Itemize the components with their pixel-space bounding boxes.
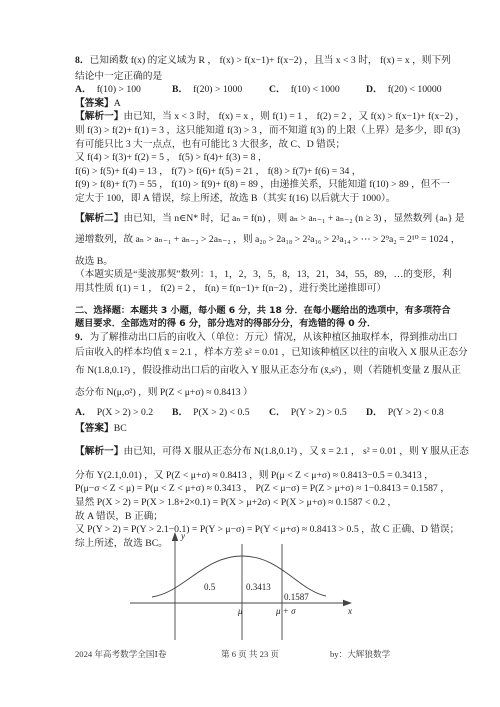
- analysis-tag: 【解析一】: [75, 446, 123, 457]
- area-label-left: 0.5: [204, 582, 216, 592]
- section-header-line-1: 二、选择题：本题共 3 小题，每小题 6 分，共 18 分．在每小题给出的选项中…: [75, 304, 427, 318]
- option-label: B．: [172, 407, 188, 418]
- option-text: P(Y > 2) < 0.8: [388, 407, 444, 418]
- footer-author: by：大辉狼数学: [330, 648, 390, 660]
- analysis-tag: 【解析一】: [75, 111, 123, 122]
- option-label: C．: [269, 84, 286, 95]
- line-q8-note-1: （本题实质是“斐波那契”数列：1，1，2，3，5，8，13，21，34，55，8…: [75, 268, 427, 282]
- line-q9-stem-2: 后亩收入的样本均值 x̄ = 2.1 ，样本方差 s² = 0.01 ，已知该种…: [75, 346, 427, 360]
- line-q9-stem-3: 布 N(1.8,0.1²) ，假设推动出口后的亩收入 Y 服从正态分布 (x̄,…: [75, 364, 427, 378]
- section-title: 二、选择题：: [75, 305, 130, 316]
- line-q8-analysis1-3: 有可能只比 3 大一点点，也有可能比 3 大很多，故 C、D 错误；: [75, 138, 427, 152]
- footer-page-number: 第 6 页 共 23 页: [0, 648, 500, 660]
- line-text: 后亩收入的样本均值 x̄ = 2.1 ，样本方差 s² = 0.01 ，已知该种…: [75, 347, 468, 358]
- option-text: f(10) > 100: [97, 84, 141, 95]
- line-q8-stem-2: 结论中一定正确的是: [75, 70, 427, 84]
- line-q9-analysis1-2: 分布 Y(2.1,0.01) ，又 P(Z < μ+σ) ≈ 0.8413 ，则…: [75, 469, 427, 483]
- line-q8-answer: 【答案】A: [75, 97, 427, 111]
- option-text: f(20) > 1000: [193, 84, 242, 95]
- option-label: A．: [75, 407, 92, 418]
- tick-label-mu: μ: [237, 606, 243, 616]
- line-q9-analysis1-1: 【解析一】由已知，可得 X 服从正态分布 N(1.8,0.1²) ，又 x̄ =…: [75, 445, 427, 459]
- line-q8-note-2: 用其性质 f(1) = 1 ， f(2) = 2 ， f(n) = f(n−1)…: [75, 282, 427, 296]
- q8-option-c: C．f(10) < 1000: [269, 83, 366, 97]
- answer-tag: 【答案】: [75, 423, 114, 434]
- line-q8-stem-1: 8．已知函数 f(x) 的定义域为 R ， f(x) > f(x−1)+ f(x…: [75, 54, 427, 68]
- tick-label-mu-plus-sigma: μ + σ: [275, 606, 296, 616]
- q8-options-row: A．f(10) > 100 B．f(20) > 1000 C．f(10) < 1…: [75, 83, 427, 97]
- option-label: A．: [75, 84, 92, 95]
- line-text: 已知函数 f(x) 的定义域为 R ， f(x) > f(x−1)+ f(x−2…: [90, 55, 451, 66]
- q9-option-c: C．P(Y > 2) > 0.5: [269, 406, 366, 420]
- line-text: P(μ−σ < Z < μ) = P(μ < Z < μ+σ) ≈ 0.3413…: [75, 483, 450, 494]
- bell-curve: [152, 556, 326, 597]
- x-axis-label: x: [347, 606, 352, 616]
- line-text: 布 N(1.8,0.1²) ，假设推动出口后的亩收入 Y 服从正态分布 (x̄,…: [75, 365, 461, 376]
- q9-option-b: B．P(X > 2) < 0.5: [172, 406, 269, 420]
- option-label: D．: [366, 84, 383, 95]
- line-q9-analysis1-5: 故 A 错误，B 正确；: [75, 510, 427, 524]
- line-text: 又 f(4) > f(3)+ f(2) = 5 ， f(5) > f(4)+ f…: [75, 152, 268, 163]
- line-text: 故选 B。: [75, 256, 113, 267]
- line-text: 递增数列，故 aₙ > aₙ₋₁ + aₙ₋₂ > 2aₙ₋₂ ，则 a₂₀ >…: [75, 234, 460, 245]
- line-q8-analysis1-4: 又 f(4) > f(3)+ f(2) = 5 ， f(5) > f(4)+ f…: [75, 151, 427, 165]
- area-label-mid: 0.3413: [246, 582, 271, 592]
- line-q9-analysis1-3: P(μ−σ < Z < μ) = P(μ < Z < μ+σ) ≈ 0.3413…: [75, 482, 427, 496]
- line-text: （本题实质是“斐波那契”数列：1，1，2，3，5，8，13，21，34，55，8…: [75, 269, 452, 280]
- answer-value: BC: [114, 423, 127, 434]
- answer-value: A: [114, 98, 121, 109]
- q8-option-b: B．f(20) > 1000: [172, 83, 269, 97]
- line-q8-analysis2-2: 递增数列，故 aₙ > aₙ₋₁ + aₙ₋₂ > 2aₙ₋₂ ，则 a₂₀ >…: [75, 233, 427, 247]
- line-q8-analysis1-5: f(6) > f(5)+ f(4) = 13 ， f(7) > f(6)+ f(…: [75, 165, 427, 179]
- line-text: 显然 P(X > 2) = P(X > 1.8+2×0.1) = P(X > μ…: [75, 497, 397, 508]
- line-q9-answer: 【答案】BC: [75, 422, 427, 436]
- normal-distribution-figure: y x 0.5 0.3413 0.1587 μ μ + σ: [126, 528, 366, 648]
- line-text: 由已知，当 x < 3 时， f(x) = x ，则 f(1) = 1 ， f(…: [123, 111, 465, 122]
- line-text: 结论中一定正确的是: [75, 71, 162, 82]
- q8-option-d: D．f(20) < 10000: [366, 83, 442, 97]
- line-q8-analysis1-7: 定大于 100，即 A 错误，综上所述，故选 B（其实 f(16) 以后就大于 …: [75, 192, 427, 206]
- section-header-line-2: 题目要求．全部选对的得 6 分，部分选对的得部分分，有选错的得 0 分．: [75, 317, 427, 331]
- line-q9-stem-4: 态分布 N(μ,σ²) ，则 P(Z < μ+σ) ≈ 0.8413 ）: [75, 386, 427, 400]
- line-text: 分布 Y(2.1,0.01) ，又 P(Z < μ+σ) ≈ 0.8413 ，则…: [75, 470, 434, 481]
- y-axis-label: y: [180, 531, 185, 541]
- line-text: f(6) > f(5)+ f(4) = 13 ， f(7) > f(6)+ f(…: [75, 166, 361, 177]
- q9-option-a: A．P(X > 2) > 0.2: [75, 406, 172, 420]
- line-text: 故 A 错误，B 正确；: [75, 511, 163, 522]
- document-page: 8．已知函数 f(x) 的定义域为 R ， f(x) > f(x−1)+ f(x…: [0, 0, 500, 707]
- option-text: P(X > 2) > 0.2: [97, 407, 153, 418]
- option-text: P(Y > 2) > 0.5: [291, 407, 347, 418]
- q8-option-a: A．f(10) > 100: [75, 83, 172, 97]
- line-text: 定大于 100，即 A 错误，综上所述，故选 B（其实 f(16) 以后就大于 …: [75, 193, 395, 204]
- q9-options-row: A．P(X > 2) > 0.2 B．P(X > 2) < 0.5 C．P(Y …: [75, 406, 427, 420]
- option-label: B．: [172, 84, 188, 95]
- line-q8-analysis1-6: f(9) > f(8)+ f(7) = 55 ， f(10) > f(9)+ f…: [75, 178, 427, 192]
- option-text: f(10) < 1000: [291, 84, 340, 95]
- area-label-right: 0.1587: [284, 592, 309, 602]
- line-q8-analysis2-3: 故选 B。: [75, 255, 427, 269]
- option-text: f(20) < 10000: [388, 84, 442, 95]
- line-text: f(9) > f(8)+ f(7) = 55 ， f(10) > f(9)+ f…: [75, 179, 450, 190]
- line-q8-analysis1-2: 则 f(3) > f(2)+ f(1) = 3 ，这只能知道 f(3) > 3 …: [75, 124, 427, 138]
- option-text: P(X > 2) < 0.5: [193, 407, 249, 418]
- question-9-number: 9．: [75, 332, 90, 343]
- y-axis-arrow-icon: [172, 532, 178, 541]
- line-text: 则 f(3) > f(2)+ f(1) = 3 ，这只能知道 f(3) > 3 …: [75, 125, 460, 136]
- exam-content: 8．已知函数 f(x) 的定义域为 R ， f(x) > f(x−1)+ f(x…: [75, 54, 427, 550]
- line-text: 由已知，可得 X 服从正态分布 N(1.8,0.1²) ，又 x̄ = 2.1 …: [123, 446, 468, 457]
- line-q9-analysis1-4: 显然 P(X > 2) = P(X > 1.8+2×0.1) = P(X > μ…: [75, 496, 427, 510]
- option-label: D．: [366, 407, 383, 418]
- page-footer: 2024 年高考数学全国Ⅰ卷 第 6 页 共 23 页 by：大辉狼数学: [0, 648, 500, 662]
- line-text: 用其性质 f(1) = 1 ， f(2) = 2 ， f(n) = f(n−1)…: [75, 283, 386, 294]
- section-text: 题目要求．全部选对的得 6 分，部分选对的得部分分，有选错的得 0 分．: [75, 318, 376, 329]
- analysis-tag: 【解析二】: [75, 213, 123, 224]
- line-q8-analysis1-1: 【解析一】由已知，当 x < 3 时， f(x) = x ，则 f(1) = 1…: [75, 110, 427, 124]
- line-q9-stem-1: 9．为了解推动出口后的亩收入（单位：万元）情况，从该种植区抽取样本，得到推动出口: [75, 331, 427, 345]
- answer-tag: 【答案】: [75, 98, 114, 109]
- q9-option-d: D．P(Y > 2) < 0.8: [366, 406, 444, 420]
- option-label: C．: [269, 407, 286, 418]
- question-8-number: 8．: [75, 55, 90, 66]
- section-text: 本题共 3 小题，每小题 6 分，共 18 分．在每小题给出的选项中，有多项符合: [130, 305, 450, 316]
- line-text: 有可能只比 3 大一点点，也有可能比 3 大很多，故 C、D 错误；: [75, 139, 345, 150]
- line-text: 态分布 N(μ,σ²) ，则 P(Z < μ+σ) ≈ 0.8413 ）: [75, 387, 253, 398]
- line-text: 为了解推动出口后的亩收入（单位：万元）情况，从该种植区抽取样本，得到推动出口: [90, 332, 458, 343]
- line-q8-analysis2-1: 【解析二】由已知，当 n∈N* 时，记 aₙ = f(n) ，则 aₙ > aₙ…: [75, 212, 427, 226]
- line-text: 由已知，当 n∈N* 时，记 aₙ = f(n) ，则 aₙ > aₙ₋₁ + …: [123, 213, 464, 224]
